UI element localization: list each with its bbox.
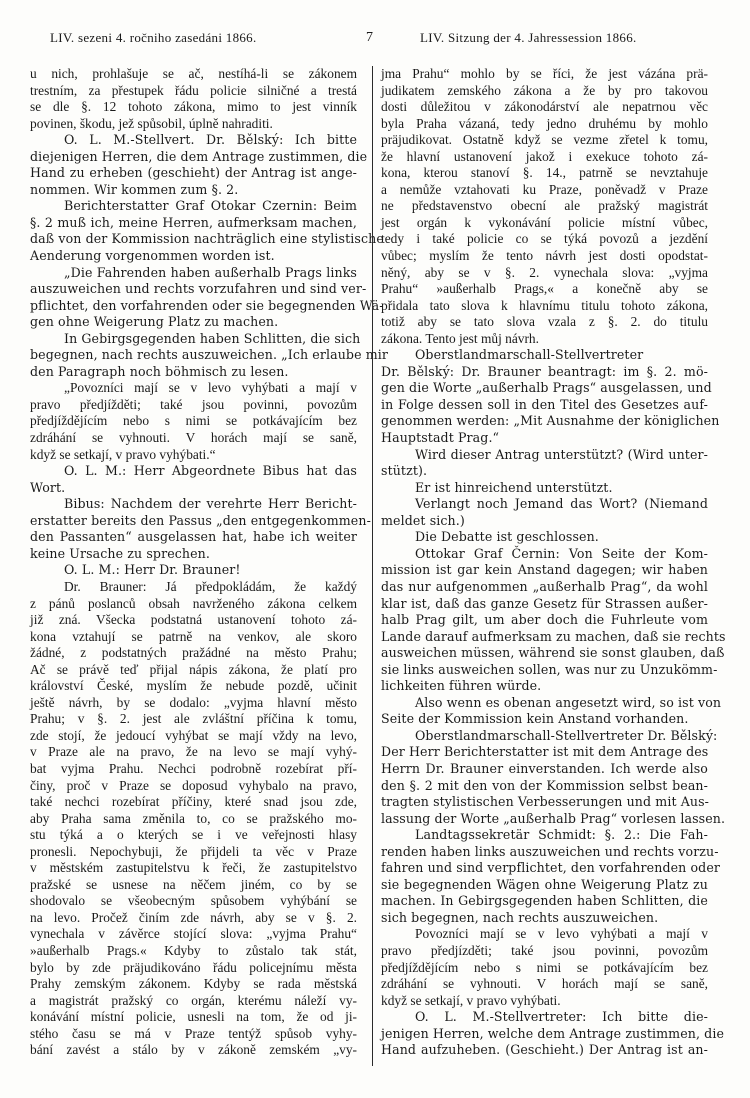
text-line: den Paragraph noch böhmisch zu lesen.: [30, 364, 357, 381]
text-line: lassung der Worte „außerhalb Prag“ vorle…: [381, 811, 708, 828]
text-line: Oberstlandmarschall-Stellvertreter: [381, 347, 708, 364]
text-line: „Die Fahrenden haben außerhalb Prags lin…: [30, 265, 357, 282]
text-line: auszuweichen und rechts vorzufahren und …: [30, 281, 357, 298]
text-line: kona, kterou stanoví §. 14., patrně se n…: [381, 165, 708, 182]
text-line: a magistrát pražský co orgán, kterému ná…: [30, 993, 357, 1010]
text-line: ještě návrh, by se dodalo: „vyjma hlavní…: [30, 695, 357, 712]
text-line: bylo by zde präjudikováno řádu policejní…: [30, 960, 357, 977]
text-line: pronesli. Nepochybuji, že přijdeli ta vě…: [30, 844, 357, 861]
text-line: „Povozníci mají se v levo vyhýbati a maj…: [30, 380, 357, 397]
text-line: jest orgán k vykonávání policie místní v…: [381, 215, 708, 232]
text-line: Prahu; v §. 2. jest ale zvláštní příčina…: [30, 711, 357, 728]
header-german-title: LIV. Sitzung der 4. Jahressession 1866.: [420, 30, 710, 46]
text-line: pražské se usnese na něčem jiném, co by …: [30, 877, 357, 894]
text-line: již zná. Všecka podstatná ustanovení toh…: [30, 612, 357, 629]
text-line: Hand aufzuheben. (Geschieht.) Der Antrag…: [381, 1042, 708, 1059]
text-line: pravo předjízděti; také jsou povinni, po…: [381, 943, 708, 960]
text-line: stützt).: [381, 463, 708, 480]
text-line: renden haben links auszuweichen und rech…: [381, 844, 708, 861]
text-line: pravo předjížděti; také jsou povinni, po…: [30, 397, 357, 414]
text-line: jenigen Herren, welche dem Antrage zusti…: [381, 1026, 708, 1043]
text-line: že hlavní ustanovení jakož i exekuce toh…: [381, 149, 708, 166]
text-line: lichkeiten führen würde.: [381, 678, 708, 695]
text-line: pflichtet, den vorfahrenden oder sie beg…: [30, 298, 357, 315]
text-line: meldet sich.): [381, 513, 708, 530]
page-number: 7: [366, 30, 380, 46]
text-line: daß von der Kommission nachträglich eine…: [30, 231, 357, 248]
text-line: bat vyjma Prahu. Nechci podrobně rozebír…: [30, 761, 357, 778]
text-line: begegnen, nach rechts auszuweichen. „Ich…: [30, 347, 357, 364]
text-line: sie begegnenden Wägen ohne Weigerung Pla…: [381, 877, 708, 894]
text-line: diejenigen Herren, die dem Antrage zusti…: [30, 149, 357, 166]
text-line: Verlangt noch Jemand das Wort? (Niemand: [381, 496, 708, 513]
text-line: Also wenn es obenan angesetzt wird, so i…: [381, 695, 708, 712]
text-line: den §. 2 mit den von der Kommission selb…: [381, 778, 708, 795]
text-line: v Praze ale na pravo, že na levo se mají…: [30, 744, 357, 761]
column-divider: [372, 66, 373, 1066]
text-line: machen. In Gebirgsgegenden haben Schlitt…: [381, 893, 708, 910]
header-czech-title: LIV. sezeni 4. ročniho zasedáni 1866.: [50, 30, 312, 46]
text-line: judikatem zemského zákona a že by pro ta…: [381, 83, 708, 100]
text-line: když se setkají, v pravo vyhýbati.: [381, 993, 708, 1010]
text-line: přidala tato slova k hlavnímu titulu toh…: [381, 298, 708, 315]
text-line: Seite der Kommission kein Anstand vorhan…: [381, 711, 708, 728]
right-column: jma Prahu“ mohlo by se říci, že jest váz…: [381, 66, 708, 1059]
text-line: fahren und sind verpflichtet, den vorfah…: [381, 860, 708, 877]
text-line: tragten stylistischen Verbesserungen und…: [381, 794, 708, 811]
text-line: trestním, za přestupek řádu policie siln…: [30, 83, 357, 100]
text-line: ne představenstvo obecní ale pražský mag…: [381, 198, 708, 215]
text-line: »außerhalb Prags.« Kdyby to zůstalo tak …: [30, 943, 357, 960]
text-line: žádné, z podstatných pražádné na město P…: [30, 645, 357, 662]
text-line: dosti důležitou v zákonodárství ale nepa…: [381, 99, 708, 116]
text-line: království České, myslím že nebude pozdě…: [30, 678, 357, 695]
text-line: Wird dieser Antrag unterstützt? (Wird un…: [381, 447, 708, 464]
text-line: Oberstlandmarschall-Stellvertreter Dr. B…: [381, 728, 708, 745]
text-line: jma Prahu“ mohlo by se říci, že jest váz…: [381, 66, 708, 83]
text-line: Prahu“ »außerhalb Prags,« a konečně aby …: [381, 281, 708, 298]
text-line: in Folge dessen soll in den Titel des Ge…: [381, 397, 708, 414]
text-line: kona vztahují se patrně na venkov, ale s…: [30, 629, 357, 646]
text-line: erstatter bereits den Passus „den entgeg…: [30, 513, 357, 530]
text-line: v městském zastupitelstvu k řeči, že zas…: [30, 860, 357, 877]
text-line: Herrn Dr. Brauner einverstanden. Ich wer…: [381, 761, 708, 778]
text-line: Dr. Brauner: Já předpokládám, že každý: [30, 579, 357, 596]
text-line: nommen. Wir kommen zum §. 2.: [30, 182, 357, 199]
left-column: u nich, prohlašuje se ač, nestíhá-li se …: [30, 66, 357, 1059]
text-line: tedy i také policie co se týká povozů a …: [381, 231, 708, 248]
text-line: Lande darauf aufmerksam zu machen, daß s…: [381, 629, 708, 646]
text-line: sich begegnen, nach rechts auszuweichen.: [381, 910, 708, 927]
text-line: konávání místní policie, usnesli na tom,…: [30, 1009, 357, 1026]
text-line: halb Prag gilt, um aber doch die Fuhrleu…: [381, 612, 708, 629]
text-line: O. L. M.-Stellvertreter: Ich bitte die-: [381, 1009, 708, 1026]
text-line: Ač se právě teď přijal nápis zákona, že …: [30, 662, 357, 679]
text-line: Berichterstatter Graf Otokar Czernin: Be…: [30, 198, 357, 215]
text-line: Bibus: Nachdem der verehrte Herr Bericht…: [30, 496, 357, 513]
text-line: zde stojí, že jedoucí vyhýbat se mají vž…: [30, 728, 357, 745]
text-line: něný, aby se v §. 2. vynechala slova: „v…: [381, 265, 708, 282]
text-line: u nich, prohlašuje se ač, nestíhá-li se …: [30, 66, 357, 83]
text-line: Wort.: [30, 480, 357, 497]
text-line: totiž aby se tato slova vzala z §. 2. do…: [381, 314, 708, 331]
text-line: gen die Worte „außerhalb Prags“ ausgelas…: [381, 380, 708, 397]
text-line: se dle §. 12 tohoto zákona, mimo to jest…: [30, 99, 357, 116]
text-line: Der Herr Berichterstatter ist mit dem An…: [381, 744, 708, 761]
text-line: zákona. Tento jest můj návrh.: [381, 331, 708, 348]
text-line: Prahy zemským zákonem. Kdyby se rada měs…: [30, 976, 357, 993]
text-line: O. L. M.: Herr Abgeordnete Bibus hat das: [30, 463, 357, 480]
text-line: na levo. Pročež činím zde návrh, aby se …: [30, 910, 357, 927]
text-line: aby Praha sama změnila to, co se pražské…: [30, 811, 357, 828]
text-line: das nur aufgenommen „außerhalb Prag“, da…: [381, 579, 708, 596]
text-line: zdráhání se vyhnouti. V horách mají se s…: [30, 430, 357, 447]
text-line: vůbec; myslím že tento návrh jest dosti …: [381, 248, 708, 265]
text-line: předjíždějícím nebo s nimi se potkávajíc…: [381, 960, 708, 977]
text-line: Die Debatte ist geschlossen.: [381, 529, 708, 546]
text-line: zdráhání se vyhnouti. V horách mají se s…: [381, 976, 708, 993]
text-line: činy, proč v Praze se doposud vyhybalo n…: [30, 778, 357, 795]
text-line: Hauptstadt Prag.“: [381, 430, 708, 447]
text-line: Aenderung vorgenommen worden ist.: [30, 248, 357, 265]
text-line: sie links ausweichen sollen, was nur zu …: [381, 662, 708, 679]
text-line: mission ist gar kein Anstand dagegen; wi…: [381, 562, 708, 579]
text-line: stu týká a o kterých se i ve veřejnosti …: [30, 827, 357, 844]
text-line: genommen werden: „Mit Ausnahme der könig…: [381, 413, 708, 430]
text-line: povinen, škodu, jež spůsobil, úplně nahr…: [30, 116, 357, 133]
text-line: In Gebirgsgegenden haben Schlitten, die …: [30, 331, 357, 348]
text-line: a nemůže vztahovati ku Praze, poněvadž v…: [381, 182, 708, 199]
text-line: präjudikovat. Ostatně když se vezme zřet…: [381, 132, 708, 149]
text-line: byla Praha vázaná, tedy jedno druhému by…: [381, 116, 708, 133]
text-line: den Passanten“ ausgelassen hat, habe ich…: [30, 529, 357, 546]
text-line: také nechci rozebírat příčiny, které sna…: [30, 794, 357, 811]
text-line: Ottokar Graf Černin: Von Seite der Kom-: [381, 546, 708, 563]
text-line: keine Ursache zu sprechen.: [30, 546, 357, 563]
text-line: z pánů poslanců obsah navrženého zákona …: [30, 596, 357, 613]
text-line: O. L. M.: Herr Dr. Brauner!: [30, 562, 357, 579]
text-line: když se setkají, v pravo vyhýbati.“: [30, 447, 357, 464]
text-line: gen ohne Weigerung Platz zu machen.: [30, 314, 357, 331]
text-line: §. 2 muß ich, meine Herren, aufmerksam m…: [30, 215, 357, 232]
text-line: shodovalo se všeobecným spůsobem vyhýbán…: [30, 893, 357, 910]
text-line: vynechala v závěrce stojící slova: „vyjm…: [30, 926, 357, 943]
text-line: Povozníci mají se v levo vyhýbati a mají…: [381, 926, 708, 943]
text-line: O. L. M.-Stellvert. Dr. Bělský: Ich bitt…: [30, 132, 357, 149]
text-line: Hand zu erheben (geschieht) der Antrag i…: [30, 165, 357, 182]
text-line: klar ist, daß das ganze Gesetz für Stras…: [381, 596, 708, 613]
text-line: bání zavést a stálo by v zákoně zemském …: [30, 1042, 357, 1059]
text-line: předjíždějícím nebo s nimi se potkávajíc…: [30, 413, 357, 430]
text-line: Dr. Bělský: Dr. Brauner beantragt: im §.…: [381, 364, 708, 381]
text-line: ausweichen müssen, während sie sonst gla…: [381, 645, 708, 662]
page-header: LIV. sezeni 4. ročniho zasedáni 1866. 7 …: [0, 30, 750, 50]
text-line: stého času se má v Praze tentýž spůsob v…: [30, 1026, 357, 1043]
text-line: Er ist hinreichend unterstützt.: [381, 480, 708, 497]
text-line: Landtagssekretär Schmidt: §. 2.: Die Fah…: [381, 827, 708, 844]
